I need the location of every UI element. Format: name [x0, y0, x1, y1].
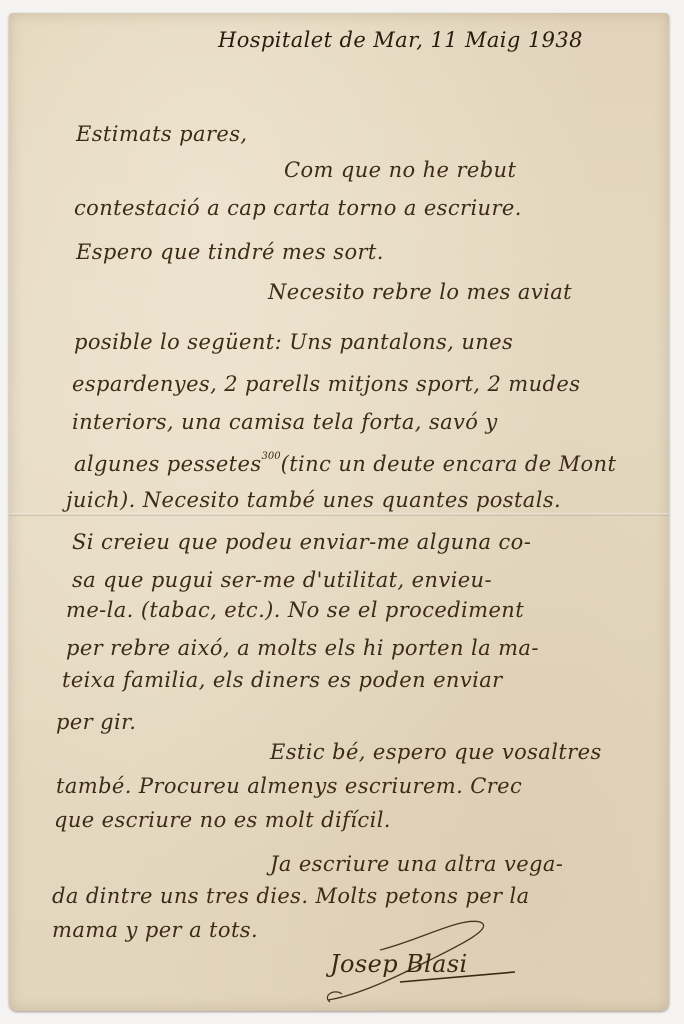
letter-line: contestació a cap carta torno a escriure…: [74, 196, 522, 220]
paper-fold-crease: [9, 513, 669, 516]
letter-line: també. Procureu almenys escriurem. Crec: [56, 774, 522, 798]
letter-line: Ja escriure una altra vega-: [270, 852, 563, 876]
letter-line: da dintre uns tres dies. Molts petons pe…: [52, 884, 530, 908]
letter-line: juich). Necesito també unes quantes post…: [66, 488, 561, 512]
letter-line: me-la. (tabac, etc.). No se el procedime…: [66, 598, 524, 622]
dateline: Hospitalet de Mar, 11 Maig 1938: [218, 28, 583, 52]
letter-line: teixa familia, els diners es poden envia…: [62, 668, 503, 692]
letter-line: mama y per a tots.: [52, 918, 258, 942]
letter-line: que escriure no es molt difícil.: [54, 808, 391, 832]
letter-line: Si creieu que podeu enviar-me alguna co-: [72, 530, 531, 554]
signature: Josep Blasi: [330, 950, 468, 978]
letter-line: Com que no he rebut: [284, 158, 516, 182]
letter-line: per rebre aixó, a molts els hi porten la…: [66, 636, 539, 660]
letter-line-part: algunes pessetes: [74, 452, 262, 476]
letter-line: interiors, una camisa tela forta, savó y: [72, 410, 498, 434]
letter-line: Necesito rebre lo mes aviat: [268, 280, 572, 304]
letter-line: sa que pugui ser-me d'utilitat, envieu-: [72, 568, 492, 592]
letter-line: posible lo següent: Uns pantalons, unes: [74, 330, 513, 354]
letter-line-part: (tinc un deute encara de Mont: [281, 452, 617, 476]
letter-line: Estic bé, espero que vosaltres: [270, 740, 602, 764]
letter-line: algunes pessetes300(tinc un deute encara…: [74, 452, 616, 476]
salutation: Estimats pares,: [76, 122, 247, 146]
letter-line: Espero que tindré mes sort.: [76, 240, 384, 264]
superscript-amount: 300: [262, 451, 281, 462]
letter-line: espardenyes, 2 parells mitjons sport, 2 …: [72, 372, 580, 396]
letter-line: per gir.: [56, 710, 136, 734]
